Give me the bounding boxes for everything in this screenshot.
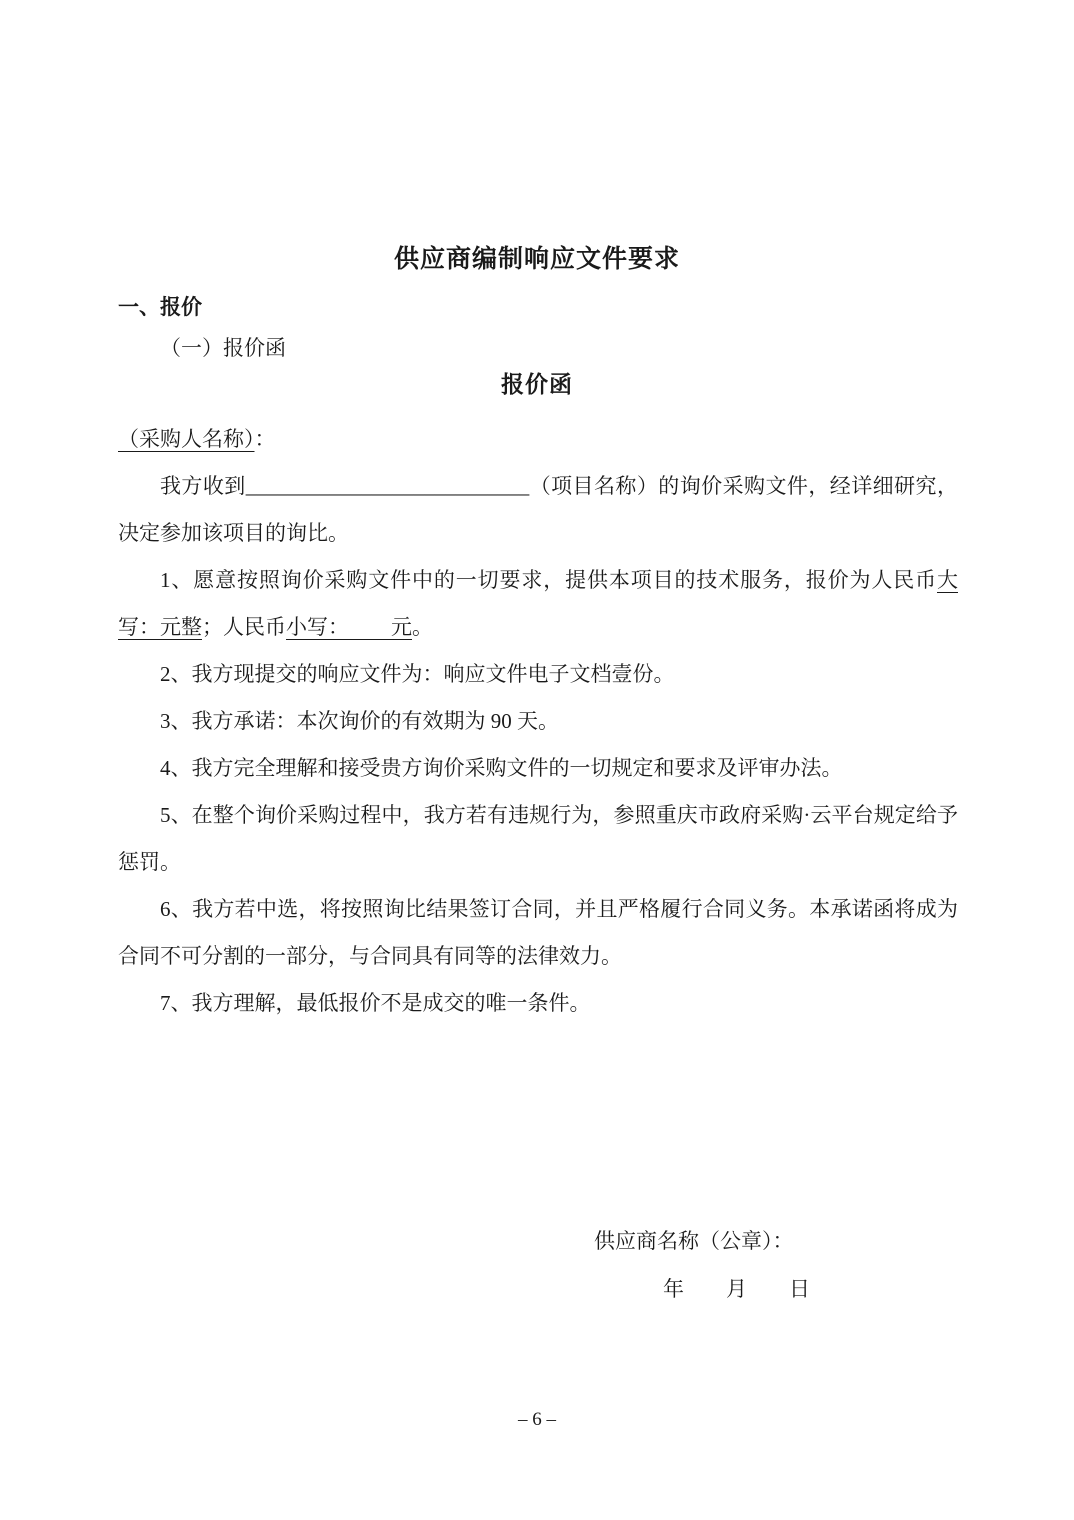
signature-date-line: 年 月 日 [663,1274,810,1304]
text-run: 6、我方若中选，将按照询比结果签订合同，并且严格履行合同义务。本承诺函将成为合同… [118,897,958,968]
text-run: ___________________________ [246,474,530,498]
paragraph-2: 我方收到___________________________（项目名称）的询价… [118,463,958,557]
text-run: 4、我方完全理解和接受贵方询价采购文件的一切规定和要求及评审办法。 [160,756,843,780]
paragraph-9: 7、我方理解，最低报价不是成交的唯一条件。 [118,980,958,1027]
paragraph-1: （采购人名称）： [118,416,958,463]
letter-title: 报价函 [0,369,1074,401]
paragraph-6: 4、我方完全理解和接受贵方询价采购文件的一切规定和要求及评审办法。 [118,745,958,792]
text-run: 我方收到 [160,474,246,498]
underlined-text-run: 小写： 元 [286,615,412,639]
text-run: 1、愿意按照询价采购文件中的一切要求，提供本项目的技术服务，报价为人民币 [160,568,937,592]
paragraph-8: 6、我方若中选，将按照询比结果签订合同，并且严格履行合同义务。本承诺函将成为合同… [118,886,958,980]
underlined-text-run: （采购人名称） [118,427,255,451]
letter-body: （采购人名称）：我方收到___________________________（… [118,416,958,1027]
text-run: 2、我方现提交的响应文件为：响应文件电子文档壹份。 [160,662,675,686]
document-page: 供应商编制响应文件要求 一、报价 （一）报价函 报价函 （采购人名称）：我方收到… [0,0,1074,1520]
page-number: – 6 – [0,1408,1074,1432]
paragraph-4: 2、我方现提交的响应文件为：响应文件电子文档壹份。 [118,651,958,698]
text-run: 3、我方承诺：本次询价的有效期为 90 天。 [160,709,559,733]
paragraph-7: 5、在整个询价采购过程中，我方若有违规行为，参照重庆市政府采购·云平台规定给予惩… [118,792,958,886]
paragraph-5: 3、我方承诺：本次询价的有效期为 90 天。 [118,698,958,745]
section-heading: 一、报价 [118,292,202,322]
document-title: 供应商编制响应文件要求 [0,243,1074,277]
underlined-text-run: 元整 [160,615,202,639]
text-run: 。 [412,615,433,639]
paragraph-3: 1、愿意按照询价采购文件中的一切要求，提供本项目的技术服务，报价为人民币大写：元… [118,557,958,651]
text-run: ；人民币 [202,615,286,639]
text-run: ： [255,427,276,451]
text-run: 5、在整个询价采购过程中，我方若有违规行为，参照重庆市政府采购·云平台规定给予惩… [118,803,958,874]
subsection-heading: （一）报价函 [160,333,286,363]
supplier-signature-label: 供应商名称（公章）： [594,1226,794,1256]
text-run: 7、我方理解，最低报价不是成交的唯一条件。 [160,991,591,1015]
